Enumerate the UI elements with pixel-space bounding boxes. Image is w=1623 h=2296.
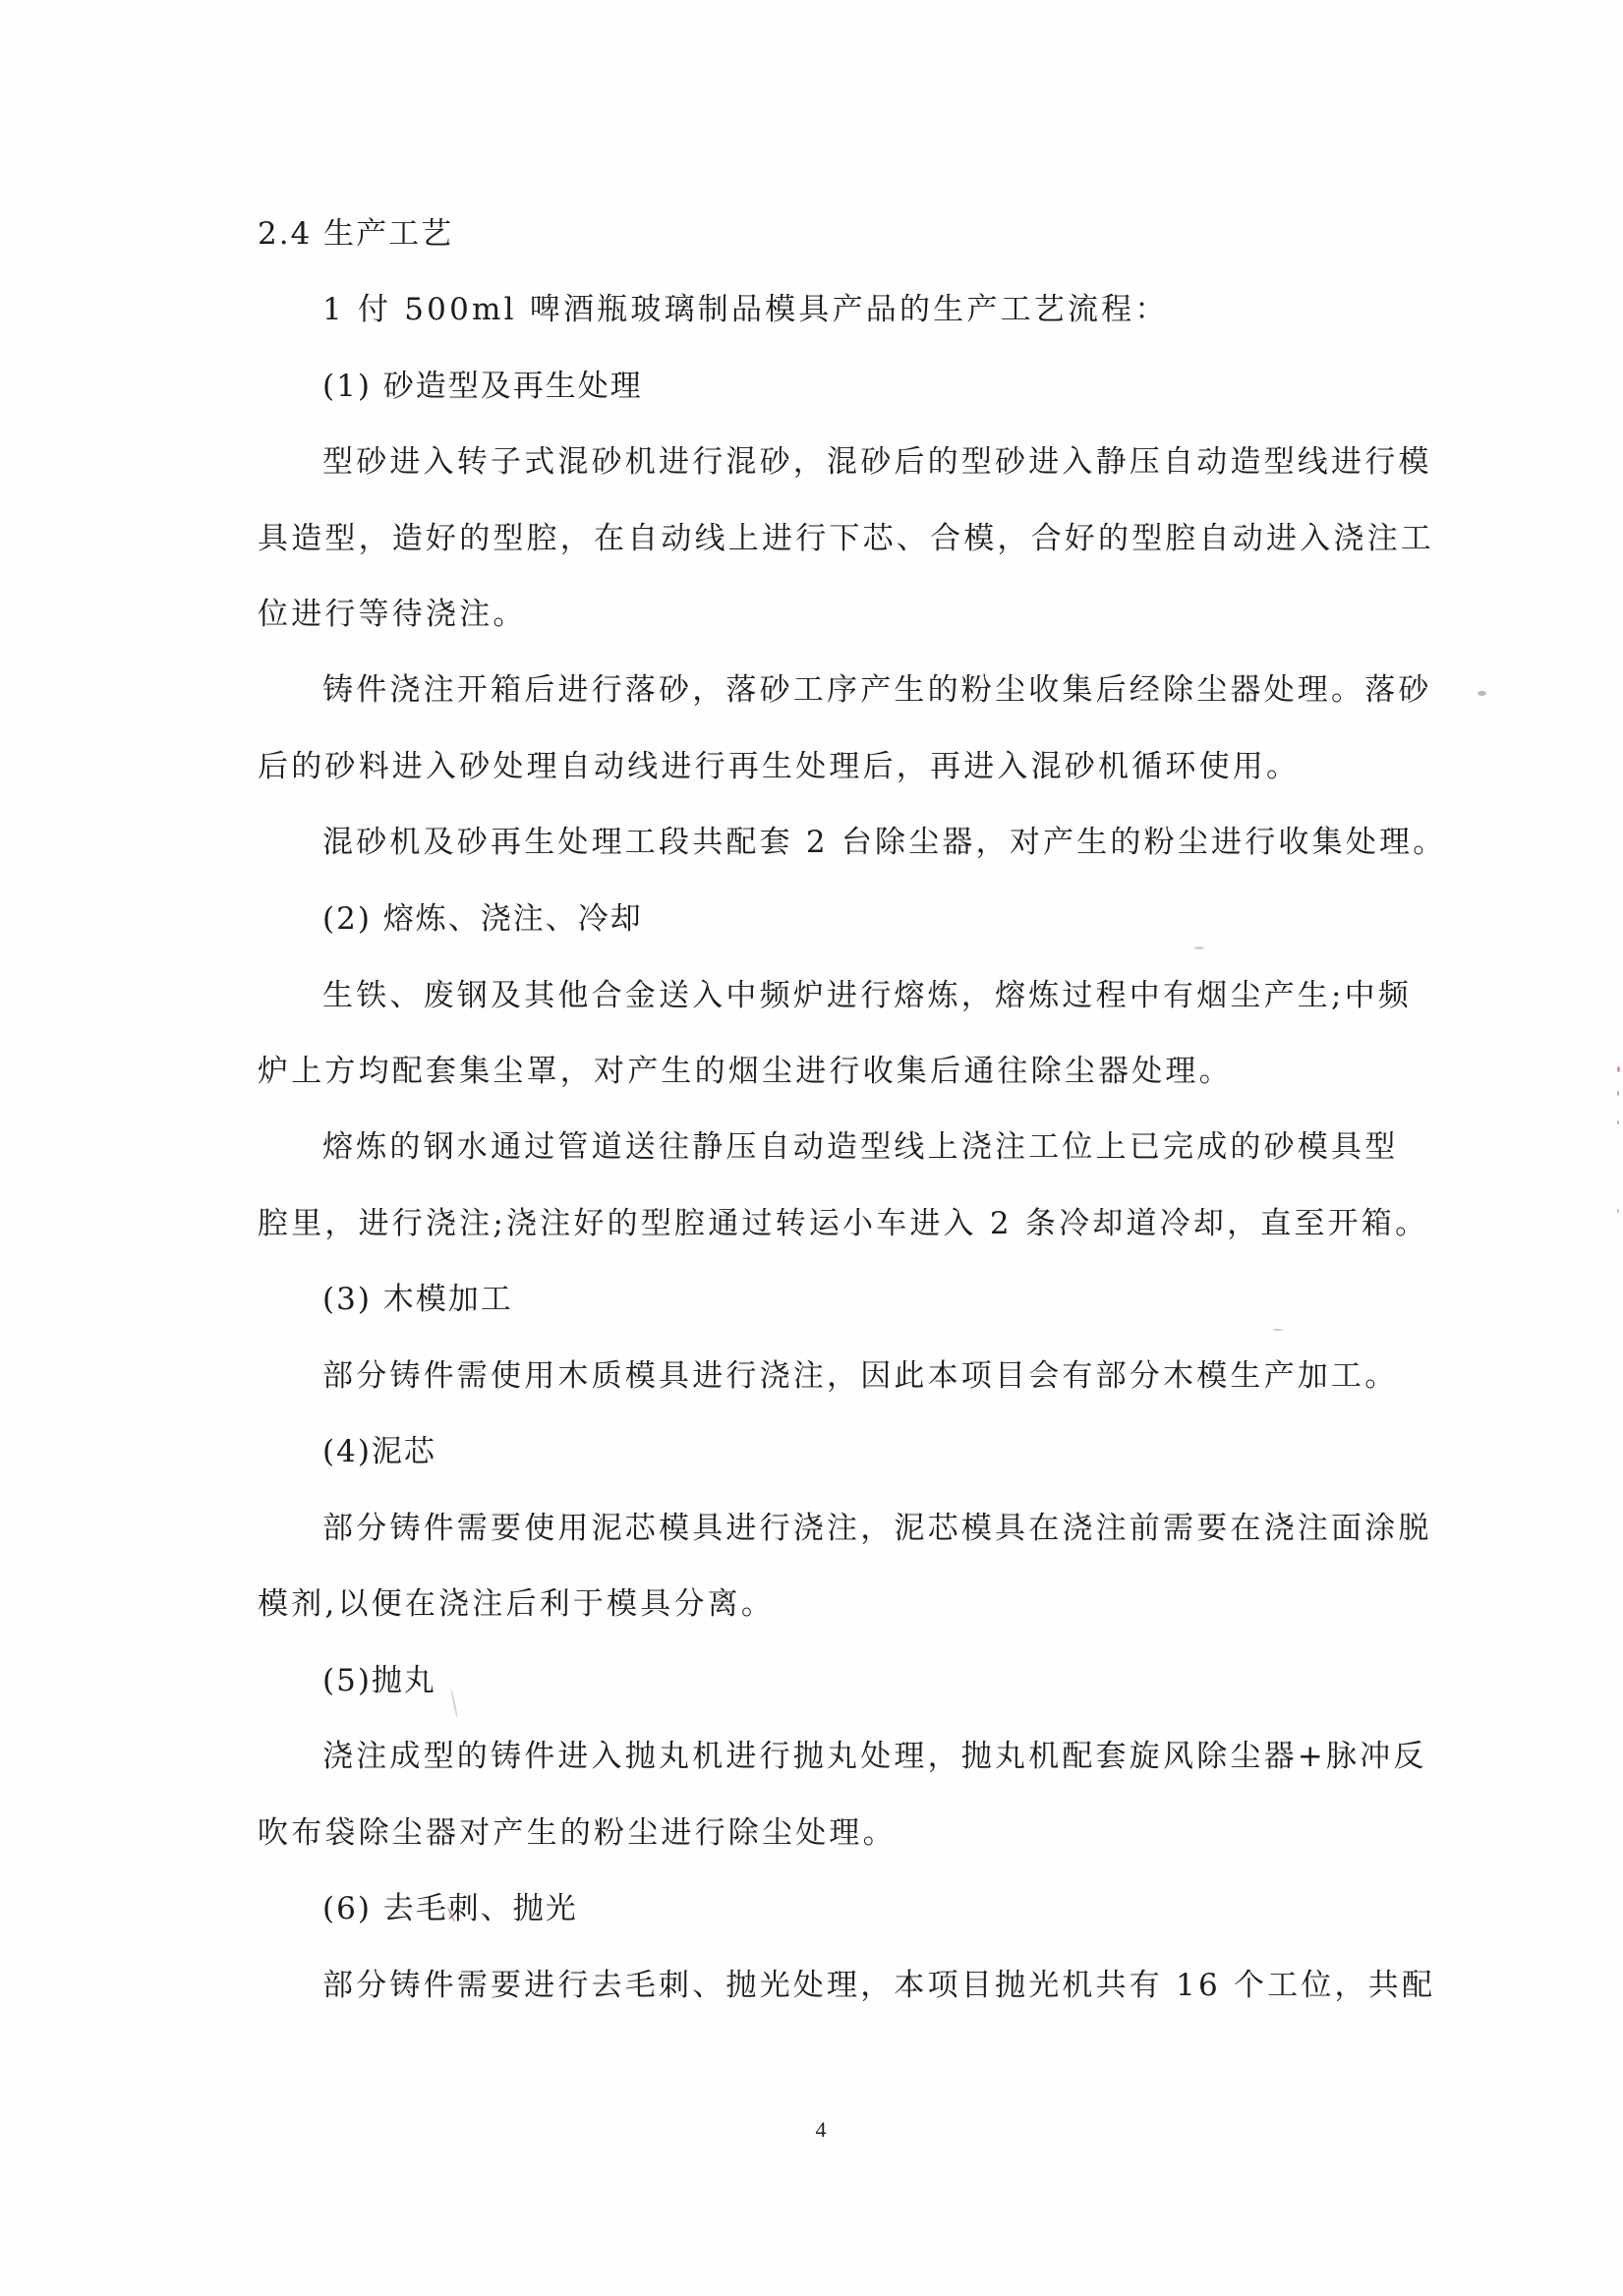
document-page: 2.4 生产工艺 1 付 500ml 啤酒瓶玻璃制品模具产品的生产工艺流程： (… bbox=[0, 0, 1623, 2296]
paragraph-line: 具造型，造好的型腔，在自动线上进行下芯、合模，合好的型腔自动进入浇注工 bbox=[258, 519, 1388, 558]
scan-speck bbox=[1617, 1120, 1619, 1124]
subsection-title-6: (6) 去毛刺、抛光 bbox=[258, 1889, 1388, 1928]
page-number: 4 bbox=[806, 2115, 836, 2145]
subsection-title-2: (2) 熔炼、浇注、冷却 bbox=[258, 899, 1388, 939]
intro-line: 1 付 500ml 啤酒瓶玻璃制品模具产品的生产工艺流程： bbox=[258, 290, 1388, 329]
scan-speck bbox=[1617, 1209, 1619, 1213]
paragraph-line: 部分铸件需要进行去毛刺、抛光处理，本项目抛光机共有 16 个工位，共配 bbox=[258, 1966, 1388, 2005]
paragraph-line: 混砂机及砂再生处理工段共配套 2 台除尘器，对产生的粉尘进行收集处理。 bbox=[258, 823, 1388, 862]
paragraph-line: 部分铸件需使用木质模具进行浇注，因此本项目会有部分木模生产加工。 bbox=[258, 1356, 1388, 1396]
section-heading: 2.4 生产工艺 bbox=[258, 214, 1388, 254]
subsection-title-5: (5)抛丸 bbox=[258, 1661, 1388, 1700]
subsection-title-1: (1) 砂造型及再生处理 bbox=[258, 367, 1388, 406]
scan-speck bbox=[1617, 1066, 1620, 1072]
paragraph-line: 熔炼的钢水通过管道送往静压自动造型线上浇注工位上已完成的砂模具型 bbox=[258, 1127, 1388, 1167]
paragraph-line: 位进行等待浇注。 bbox=[258, 595, 1388, 634]
paragraph-line: 后的砂料进入砂处理自动线进行再生处理后，再进入混砂机循环使用。 bbox=[258, 747, 1388, 786]
paragraph-line: 腔里，进行浇注;浇注好的型腔通过转运小车进入 2 条冷却道冷却，直至开箱。 bbox=[258, 1204, 1388, 1243]
paragraph-line: 部分铸件需要使用泥芯模具进行浇注，泥芯模具在浇注前需要在浇注面涂脱 bbox=[258, 1509, 1388, 1548]
subsection-title-4: (4)泥芯 bbox=[258, 1432, 1388, 1471]
paragraph-line: 型砂进入转子式混砂机进行混砂，混砂后的型砂进入静压自动造型线进行模 bbox=[258, 442, 1388, 482]
paragraph-line: 模剂,以便在浇注后利于模具分离。 bbox=[258, 1584, 1388, 1624]
scan-speck bbox=[1617, 1091, 1619, 1096]
subsection-title-3: (3) 木模加工 bbox=[258, 1280, 1388, 1319]
paragraph-line: 炉上方均配套集尘罩，对产生的烟尘进行收集后通往除尘器处理。 bbox=[258, 1052, 1388, 1091]
paragraph-line: 铸件浇注开箱后进行落砂，落砂工序产生的粉尘收集后经除尘器处理。落砂 bbox=[258, 670, 1388, 710]
scan-speck bbox=[1194, 947, 1204, 949]
scan-speck bbox=[1478, 691, 1486, 696]
scan-speck bbox=[1273, 1329, 1283, 1331]
paragraph-line: 生铁、废钢及其他合金送入中频炉进行熔炼，熔炼过程中有烟尘产生;中频 bbox=[258, 976, 1388, 1015]
paragraph-line: 吹布袋除尘器对产生的粉尘进行除尘处理。 bbox=[258, 1813, 1388, 1853]
paragraph-line: 浇注成型的铸件进入抛丸机进行抛丸处理，抛丸机配套旋风除尘器+脉冲反 bbox=[258, 1737, 1388, 1776]
